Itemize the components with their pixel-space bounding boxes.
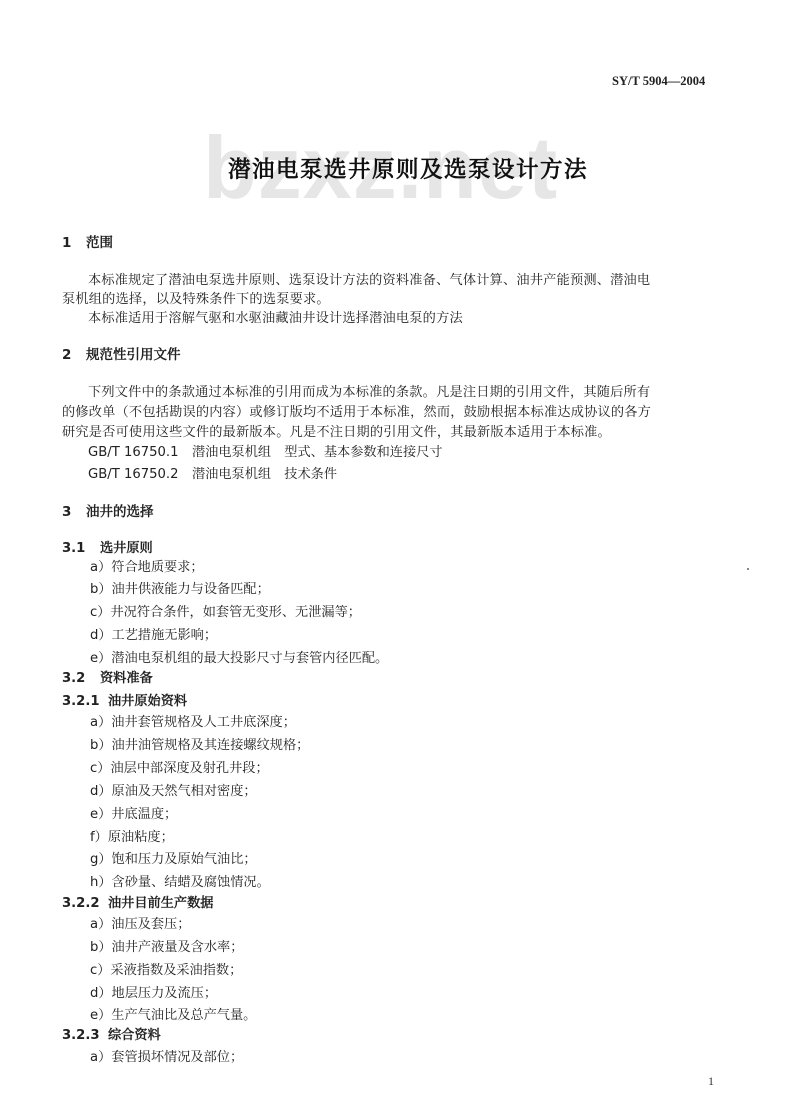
subsection-3-2-2-heading: 3.2.2油井目前生产数据: [62, 895, 214, 913]
paragraph-line: 泵机组的选择，以及特殊条件下的选泵要求。: [62, 291, 330, 309]
subsection-number: 3.2.3: [62, 1027, 108, 1045]
list-item: c）油层中部深度及射孔井段；: [90, 760, 269, 778]
list-item: c）井况符合条件，如套管无变形、无泄漏等；: [90, 604, 361, 622]
section-2-heading: 2规范性引用文件: [62, 346, 181, 364]
section-3-heading: 3油井的选择: [62, 503, 154, 521]
list-item: a）符合地质要求；: [90, 559, 204, 577]
standard-code: SY/T 5904—2004: [612, 74, 705, 89]
reference-code: GB/T 16750.2: [88, 466, 192, 484]
subsection-3-1-heading: 3.1选井原则: [62, 540, 153, 558]
section-number: 2: [62, 346, 86, 364]
list-item: b）油井供液能力与设备匹配；: [90, 581, 270, 599]
scan-speck: [747, 568, 749, 570]
list-item: a）套管损坏情况及部位；: [90, 1049, 243, 1067]
paragraph-line: 下列文件中的条款通过本标准的引用而成为本标准的条款。凡是注日期的引用文件，其随后…: [88, 384, 650, 402]
subsection-title: 油井原始资料: [108, 694, 187, 709]
subsection-title: 选井原则: [100, 541, 153, 556]
section-number: 3: [62, 503, 86, 521]
list-item: d）地层压力及流压；: [90, 985, 217, 1003]
subsection-3-2-1-heading: 3.2.1油井原始资料: [62, 693, 187, 711]
subsection-title: 资料准备: [100, 671, 153, 686]
subsection-3-2-3-heading: 3.2.3综合资料: [62, 1027, 161, 1045]
subsection-title: 油井目前生产数据: [108, 896, 214, 911]
subsection-title: 综合资料: [108, 1028, 161, 1043]
list-item: d）原油及天然气相对密度；: [90, 783, 257, 801]
reference-item: GB/T 16750.1潜油电泵机组 型式、基本参数和连接尺寸: [88, 444, 443, 462]
reference-title: 潜油电泵机组 技术条件: [192, 467, 337, 482]
section-title: 范围: [86, 235, 113, 251]
list-item: a）油井套管规格及人工井底深度；: [90, 714, 296, 732]
list-item: a）油压及套压；: [90, 916, 190, 934]
subsection-number: 3.2.2: [62, 895, 108, 913]
list-item: d）工艺措施无影响；: [90, 627, 217, 645]
list-item: e）生产气油比及总产气量。: [90, 1007, 256, 1025]
paragraph-line: 本标准适用于溶解气驱和水驱油藏油井设计选择潜油电泵的方法: [88, 310, 463, 328]
list-item: h）含砂量、结蜡及腐蚀情况。: [90, 874, 270, 892]
paragraph-line: 本标准规定了潜油电泵选井原则、选泵设计方法的资料准备、气体计算、油井产能预测、潜…: [88, 272, 650, 290]
subsection-3-2-heading: 3.2资料准备: [62, 670, 153, 688]
subsection-number: 3.2: [62, 670, 100, 688]
reference-item: GB/T 16750.2潜油电泵机组 技术条件: [88, 466, 337, 484]
section-title: 规范性引用文件: [86, 347, 181, 363]
document-title: 潜油电泵选井原则及选泵设计方法: [228, 152, 588, 184]
reference-code: GB/T 16750.1: [88, 444, 192, 462]
page-number: 1: [708, 1074, 714, 1089]
list-item: c）采液指数及采油指数；: [90, 962, 242, 980]
reference-title: 潜油电泵机组 型式、基本参数和连接尺寸: [192, 445, 443, 460]
list-item: f）原油粘度；: [90, 829, 174, 847]
section-1-heading: 1范围: [62, 234, 113, 252]
list-item: b）油井油管规格及其连接螺纹规格；: [90, 737, 309, 755]
paragraph-line: 的修改单（不包括勘误的内容）或修订版均不适用于本标准，然而，鼓励根据本标准达成协…: [62, 404, 651, 422]
subsection-number: 3.1: [62, 540, 100, 558]
section-number: 1: [62, 234, 86, 252]
subsection-number: 3.2.1: [62, 693, 108, 711]
paragraph-line: 研究是否可使用这些文件的最新版本。凡是不注日期的引用文件，其最新版本适用于本标准…: [62, 424, 611, 442]
list-item: g）饱和压力及原始气油比；: [90, 851, 257, 869]
list-item: e）井底温度；: [90, 806, 177, 824]
list-item: b）油井产液量及含水率；: [90, 939, 243, 957]
list-item: e）潜油电泵机组的最大投影尺寸与套管内径匹配。: [90, 650, 388, 668]
section-title: 油井的选择: [86, 504, 154, 520]
